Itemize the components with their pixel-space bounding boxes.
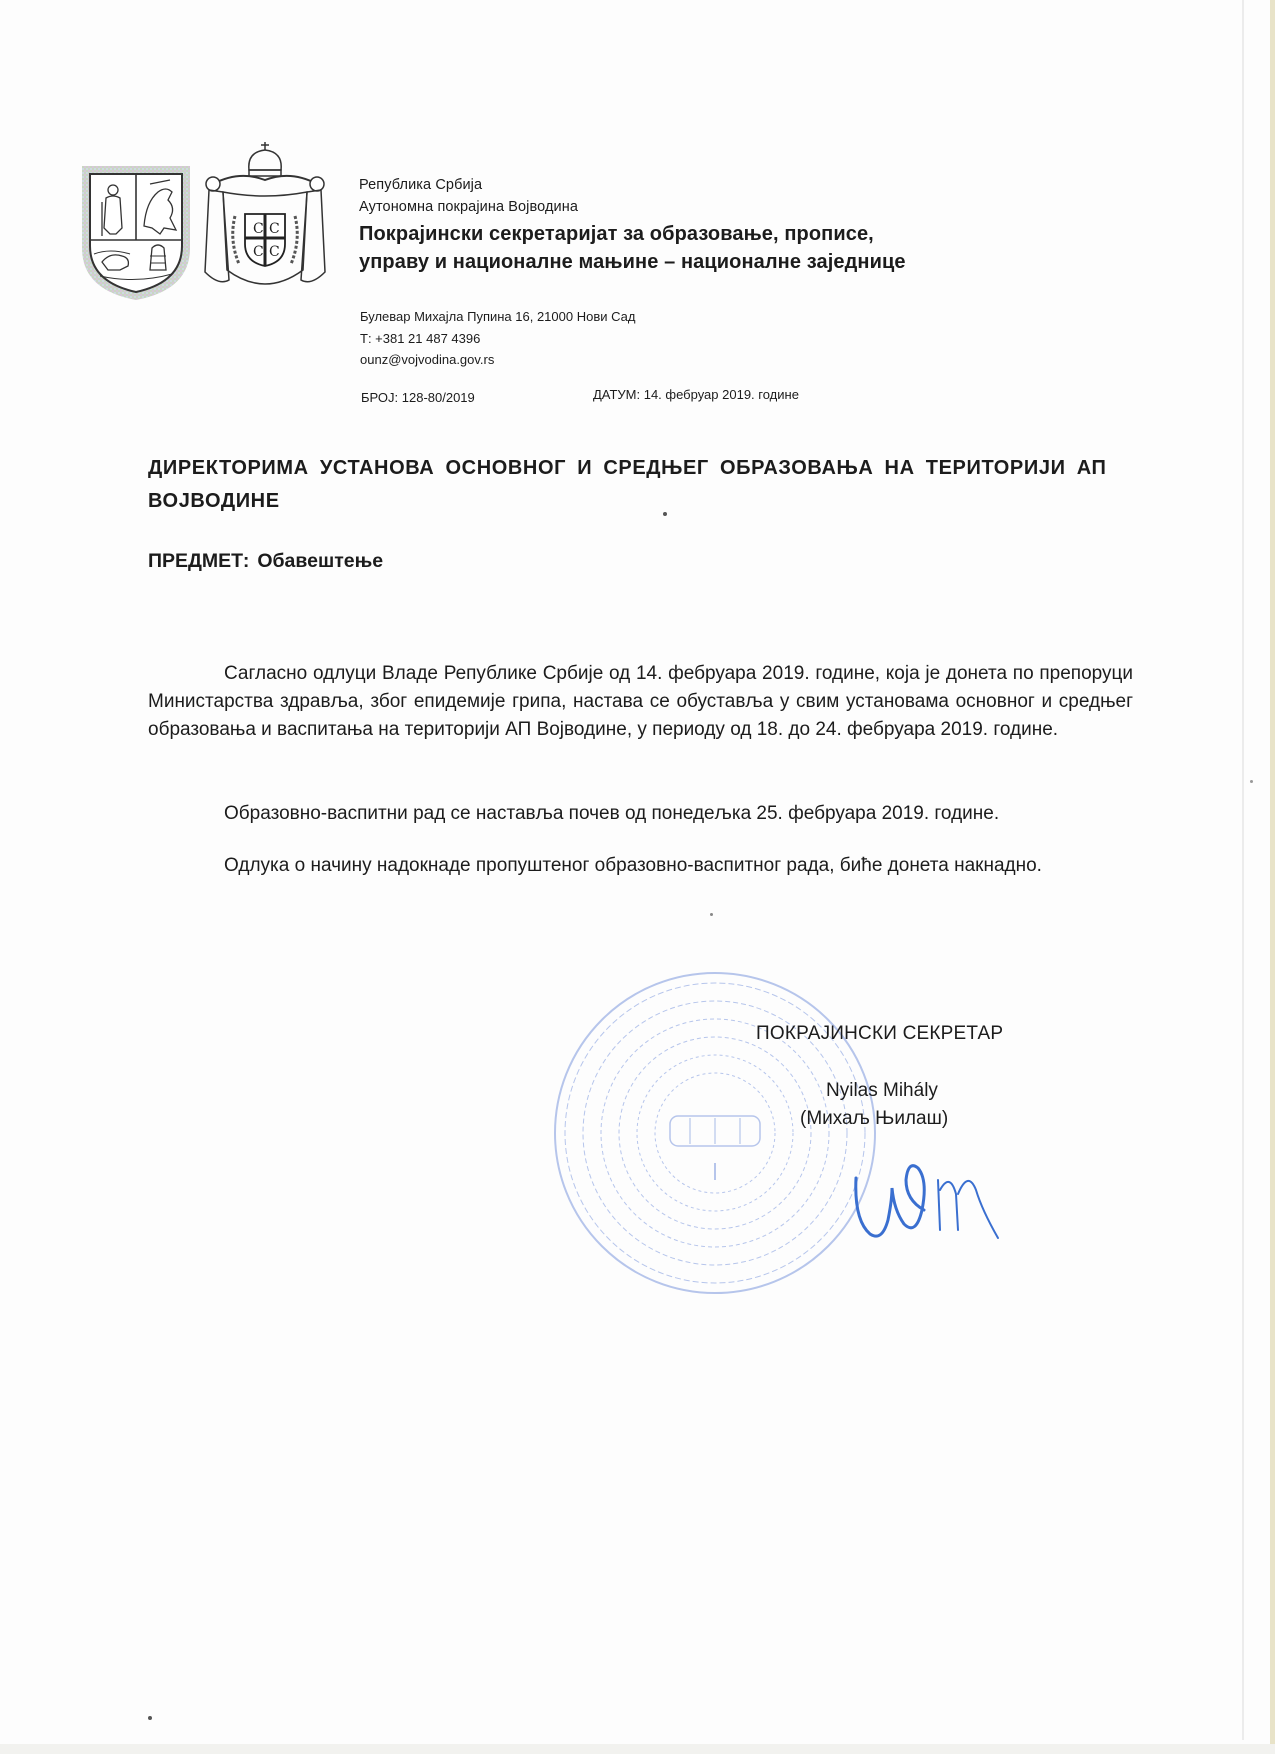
header-address: Булевар Михајла Пупина 16, 21000 Нови Са…: [360, 306, 635, 327]
body-paragraph-2: Образовно-васпитни рад се наставља почев…: [224, 800, 1124, 828]
header-country: Република Србија: [359, 174, 482, 196]
body-paragraph-1: Сагласно одлуци Владе Републике Србије о…: [148, 660, 1133, 744]
header-org-line2: управу и националне мањине – националне …: [359, 248, 906, 277]
header-phone: Т: +381 21 487 4396: [360, 328, 480, 349]
vojvodina-coat-of-arms-icon: [80, 162, 192, 302]
subject-label: ПРЕДМЕТ:: [148, 550, 249, 572]
document-date: ДАТУМ: 14. фебруар 2019. године: [593, 387, 799, 402]
scan-edge-line: [1242, 0, 1244, 1740]
header-province: Аутономна покрајина Војводина: [359, 196, 578, 218]
signatory-name-cyrillic: (Михаљ Њилаш): [800, 1108, 948, 1130]
signatory-title: ПОКРАЈИНСКИ СЕКРЕТАР: [756, 1023, 1003, 1045]
official-stamp-icon: [550, 968, 880, 1298]
svg-text:С: С: [253, 244, 264, 260]
svg-text:С: С: [269, 244, 280, 260]
addressee: ДИРЕКТОРИМА УСТАНОВА ОСНОВНОГ И СРЕДЊЕГ …: [148, 452, 1133, 518]
scan-speck: [710, 913, 713, 916]
svg-text:С: С: [269, 221, 280, 237]
scan-speck: [148, 1716, 152, 1720]
subject-line: ПРЕДМЕТ:Обавештење: [148, 550, 383, 573]
header-email: ounz@vojvodina.gov.rs: [360, 349, 494, 370]
serbia-coat-of-arms-icon: С С С С: [199, 140, 331, 300]
svg-text:С: С: [253, 221, 264, 237]
scan-bottom-band: [0, 1744, 1275, 1754]
subject-value: Обавештење: [257, 550, 383, 572]
header-org-line1: Покрајински секретаријат за образовање, …: [359, 220, 874, 249]
scan-speck: [663, 512, 667, 516]
document-number: БРОЈ: 128-80/2019: [361, 390, 475, 405]
handwritten-signature-icon: [848, 1150, 1018, 1245]
body-paragraph-3: Одлука о начину надокнаде пропуштеног об…: [224, 852, 1144, 880]
scan-speck: [1250, 780, 1253, 783]
signatory-name: Nyilas Mihály: [826, 1080, 938, 1102]
scan-edge-band: [1270, 0, 1275, 1754]
